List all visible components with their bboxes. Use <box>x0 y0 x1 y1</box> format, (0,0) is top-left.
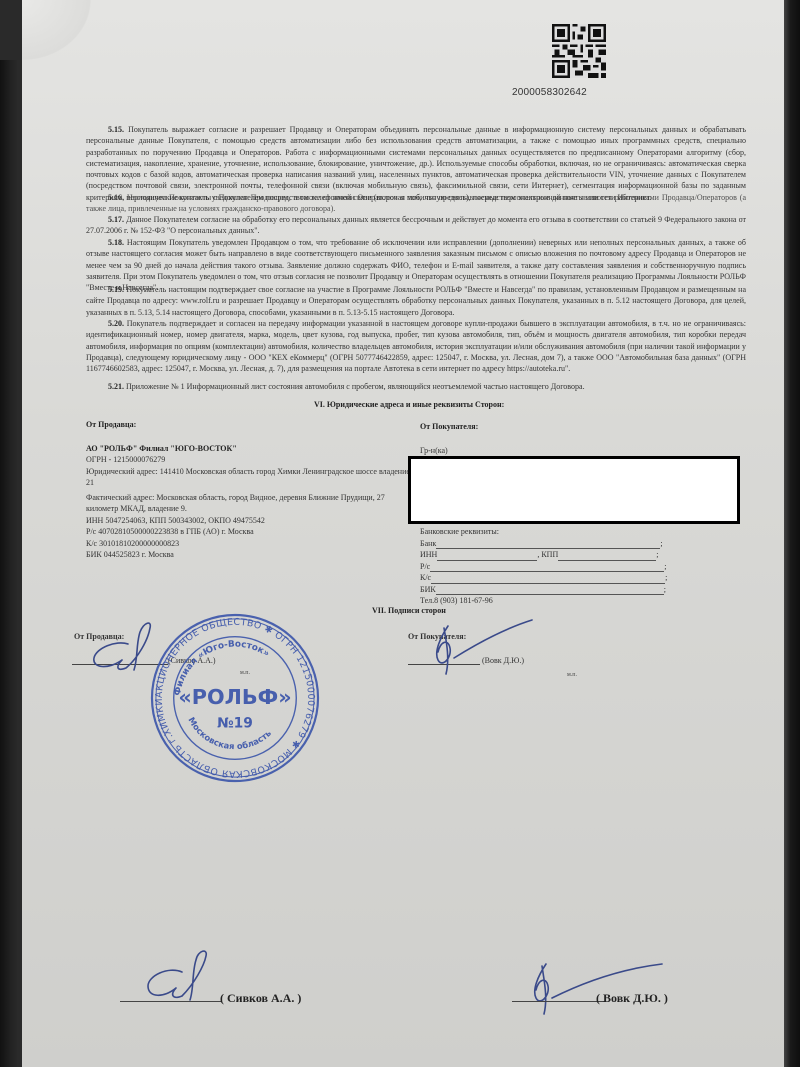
buyer-heading: От Покупателя: <box>420 421 660 433</box>
page-curl <box>22 0 102 70</box>
paragraph-text: Покупатель выражает согласие и разрешает… <box>86 125 746 202</box>
seller-signature-icon <box>88 618 178 676</box>
final-seller-signature-icon <box>142 948 232 1004</box>
paragraph-text: Приложение № 1 Информационный лист состо… <box>126 382 585 391</box>
buyer-phone: Тел.8 (903) 181-67-96 <box>420 595 670 607</box>
paragraph-number: 5.17. <box>108 215 124 224</box>
buyer-requisites: От Покупателя: Гр-н(ка) <box>420 421 660 456</box>
paragraph-text: Покупатель настоящим подтверждает свое с… <box>86 285 746 317</box>
paragraph-5-19: 5.19. Покупатель настоящим подтверждает … <box>86 284 746 318</box>
buyer-seal-mark: м.п. <box>567 672 577 678</box>
final-seller-name: ( Сивков А.А. ) <box>220 991 301 1006</box>
buyer-citizen-label: Гр-н(ка) <box>420 445 660 457</box>
barcode-number: 2000058302642 <box>512 87 587 98</box>
document-page: 2000058302642 5.15. Покупатель выражает … <box>22 0 784 1067</box>
bik-field: БИК; <box>420 584 670 596</box>
seller-corr-account: К/с 30101810200000000823 <box>86 538 416 550</box>
inn-kpp-field: ИНН, КПП; <box>420 549 670 561</box>
seller-company-name: АО "РОЛЬФ" Филиал "ЮГО-ВОСТОК" <box>86 443 416 455</box>
buyer-signature-icon <box>420 618 540 678</box>
paragraph-5-17: 5.17. Данное Покупателем согласие на обр… <box>86 214 746 237</box>
bank-heading: Банковские реквизиты: <box>420 526 670 538</box>
qr-code-icon <box>552 20 606 82</box>
paragraph-number: 5.15. <box>108 125 124 134</box>
final-buyer-signature-line <box>512 1001 606 1002</box>
paragraph-5-20: 5.20. Покупатель подтверждает и согласен… <box>86 318 746 374</box>
bank-field: Банк; <box>420 538 670 550</box>
redacted-buyer-info <box>408 456 740 524</box>
stamp-center-name: «РОЛЬФ» <box>178 685 291 709</box>
stamp-center-number: №19 <box>217 716 253 732</box>
buyer-bank-requisites: Банковские реквизиты: Банк; ИНН, КПП; Р/… <box>420 526 670 607</box>
final-buyer-name: ( Вовк Д.Ю. ) <box>596 991 668 1006</box>
seller-actual-address: Фактический адрес: Московская область, г… <box>86 492 416 515</box>
page-left-shadow <box>0 60 18 1067</box>
paragraph-5-16: 5.16. Настоящим Покупатель уведомлен Про… <box>86 192 746 215</box>
page-right-edge <box>784 0 800 1067</box>
paragraph-text: Данное Покупателем согласие на обработку… <box>86 215 746 235</box>
paragraph-number: 5.21. <box>108 382 124 391</box>
paragraph-number: 5.18. <box>108 238 124 247</box>
seller-account: Р/с 40702810500000223838 в ГПБ (АО) г. М… <box>86 526 416 538</box>
account-field: Р/с; <box>420 561 670 573</box>
requisites-title: VI. Юридические адреса и иные реквизиты … <box>314 400 504 409</box>
corr-account-field: К/с; <box>420 572 670 584</box>
seller-legal-address: Юридический адрес: 141410 Московская обл… <box>86 466 416 489</box>
signatures-title: VII. Подписи сторон <box>372 606 446 615</box>
paragraph-5-21: 5.21. Приложение № 1 Информационный лист… <box>86 381 746 392</box>
paragraph-number: 5.20. <box>108 319 124 328</box>
paragraph-number: 5.16. <box>108 193 124 202</box>
paragraph-text: Настоящим Покупатель уведомлен Продавцом… <box>86 193 746 213</box>
final-buyer-signature-icon <box>516 958 666 1018</box>
final-seller-signature-line <box>120 1001 222 1002</box>
seller-inn-kpp: ИНН 5047254063, КПП 500343002, ОКПО 4947… <box>86 515 416 527</box>
seller-ogrn: ОГРН - 1215000076279 <box>86 454 416 466</box>
seller-bik: БИК 044525823 г. Москва <box>86 549 416 561</box>
seller-heading: От Продавца: <box>86 419 416 431</box>
seller-requisites: От Продавца: АО "РОЛЬФ" Филиал "ЮГО-ВОСТ… <box>86 419 416 561</box>
paragraph-number: 5.19. <box>108 285 124 294</box>
paragraph-text: Покупатель подтверждает и согласен на пе… <box>86 319 746 373</box>
